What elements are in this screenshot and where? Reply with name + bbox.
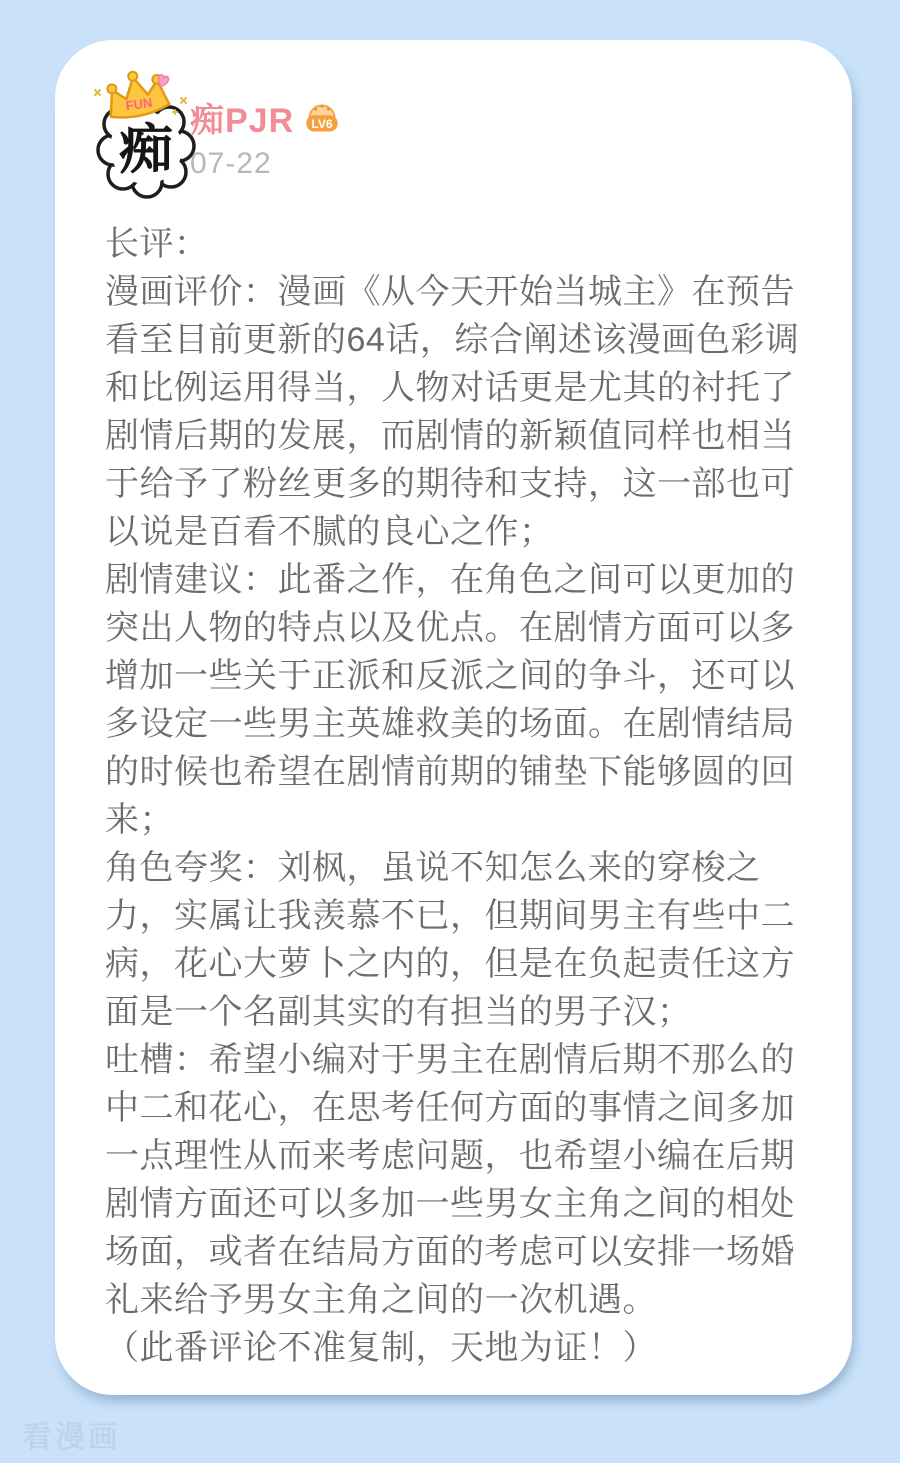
review-paragraph: 角色夸奖：刘枫，虽说不知怎么来的穿梭之力，实属让我羡慕不已，但期间男主有些中二病… bbox=[105, 844, 819, 1036]
level-badge: LV6 bbox=[304, 99, 340, 137]
user-info: 痴PJR LV6 07-22 bbox=[190, 93, 340, 181]
review-paragraph: 长评： bbox=[105, 220, 819, 268]
comment-card: 痴 FUN bbox=[55, 40, 852, 1395]
review-paragraph: 漫画评价：漫画《从今天开始当城主》在预告看至目前更新的64话，综合阐述该漫画色彩… bbox=[105, 268, 819, 556]
review-text: 长评：漫画评价：漫画《从今天开始当城主》在预告看至目前更新的64话，综合阐述该漫… bbox=[105, 220, 819, 1372]
avatar-char: 痴 bbox=[119, 120, 173, 180]
review-paragraph: 剧情建议：此番之作，在角色之间可以更加的突出人物的特点以及优点。在剧情方面可以多… bbox=[105, 556, 819, 844]
name-row: 痴PJR LV6 bbox=[190, 93, 340, 142]
post-date: 07-22 bbox=[190, 147, 340, 181]
watermark: 看漫画 bbox=[22, 1412, 121, 1456]
username[interactable]: 痴PJR bbox=[190, 93, 294, 142]
review-paragraph: （此番评论不准复制，天地为证！） bbox=[105, 1324, 819, 1372]
review-paragraph: 吐槽：希望小编对于男主在剧情后期不那么的中二和花心，在思考任何方面的事情之间多加… bbox=[105, 1036, 819, 1324]
level-badge-icon: LV6 bbox=[306, 104, 338, 131]
level-badge-text: LV6 bbox=[311, 116, 333, 130]
page-background: 痴 FUN bbox=[0, 0, 900, 1463]
